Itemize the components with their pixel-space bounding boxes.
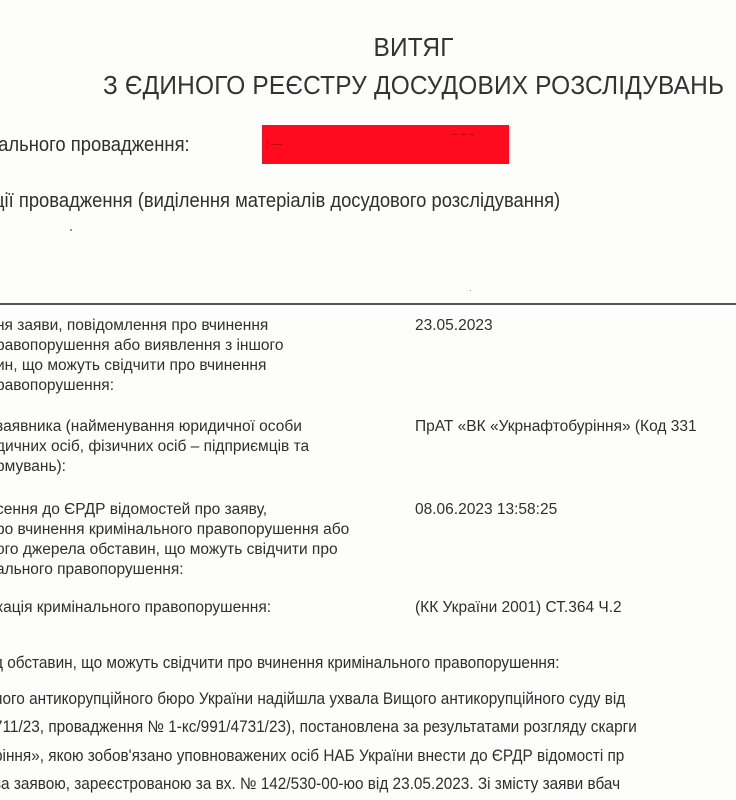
document-subtitle: З ЄДИНОГО РЕЄСТРУ ДОСУДОВИХ РОЗСЛІДУВАНЬ	[0, 70, 736, 101]
label-line: сення до ЄРДР відомостей про заяву,	[0, 500, 349, 520]
label-line: ин, що можуть свідчити про вчинення	[0, 356, 283, 376]
label-line: ого джерела обставин, що можуть свідчити…	[0, 540, 349, 560]
redaction-box: ¦ ‒‒ ‒ ‒ ‒	[262, 125, 509, 164]
label-line: ального правопорушення:	[0, 560, 349, 580]
field-label-applicant: заявника (найменування юридичної особи д…	[0, 417, 309, 477]
document-page: ВИТЯГ З ЄДИНОГО РЕЄСТРУ ДОСУДОВИХ РОЗСЛІ…	[0, 0, 736, 800]
description-line: за заявою, зареєстрованою за вх. № 142/5…	[0, 775, 620, 794]
description-heading: д обставин, що можуть свідчити про вчине…	[0, 654, 559, 673]
field-value-report-date: 23.05.2023	[415, 316, 493, 336]
description-line: ріння», якою зобов'язано уповноважених о…	[0, 747, 624, 766]
field-value-applicant: ПрАТ «ВК «Укрнафтобуріння» (Код 331	[415, 417, 697, 437]
field-label-report-date: ня заяви, повідомлення про вчинення раво…	[0, 316, 283, 396]
field-label-qualification: кація кримінального правопорушення:	[0, 598, 271, 618]
horizontal-rule	[0, 303, 736, 305]
scan-speck	[70, 229, 72, 231]
scan-speck	[470, 290, 471, 291]
field-label-registration-date: сення до ЄРДР відомостей про заяву, ро в…	[0, 500, 349, 580]
redacted-ink-mark: ¦ ‒‒	[266, 139, 283, 150]
label-line: дичних осіб, фізичних осіб – підприємців…	[0, 437, 309, 457]
description-line: 711/23, провадження № 1-кс/991/4731/23),…	[0, 718, 637, 737]
label-line: равопорушення або виявлення з іншого	[0, 336, 283, 356]
field-value-registration-date: 08.06.2023 13:58:25	[415, 500, 557, 520]
label-line: ня заяви, повідомлення про вчинення	[0, 316, 283, 336]
proceeding-number-label: нального провадження:	[0, 134, 190, 157]
label-line: рмувань):	[0, 457, 309, 477]
document-title: ВИТЯГ	[0, 32, 736, 63]
separation-reason-line: ції провадження (виділення матеріалів до…	[0, 190, 560, 213]
label-line: равопорушення:	[0, 376, 283, 396]
field-value-qualification: (КК України 2001) СТ.364 Ч.2	[415, 598, 622, 618]
label-line: кація кримінального правопорушення:	[0, 598, 271, 618]
label-line: ро вчинення кримінального правопорушення…	[0, 520, 349, 540]
label-line: заявника (найменування юридичної особи	[0, 417, 309, 437]
description-line: ного антикорупційного бюро України надій…	[0, 690, 625, 709]
redacted-ink-mark: ‒ ‒ ‒	[452, 129, 474, 140]
